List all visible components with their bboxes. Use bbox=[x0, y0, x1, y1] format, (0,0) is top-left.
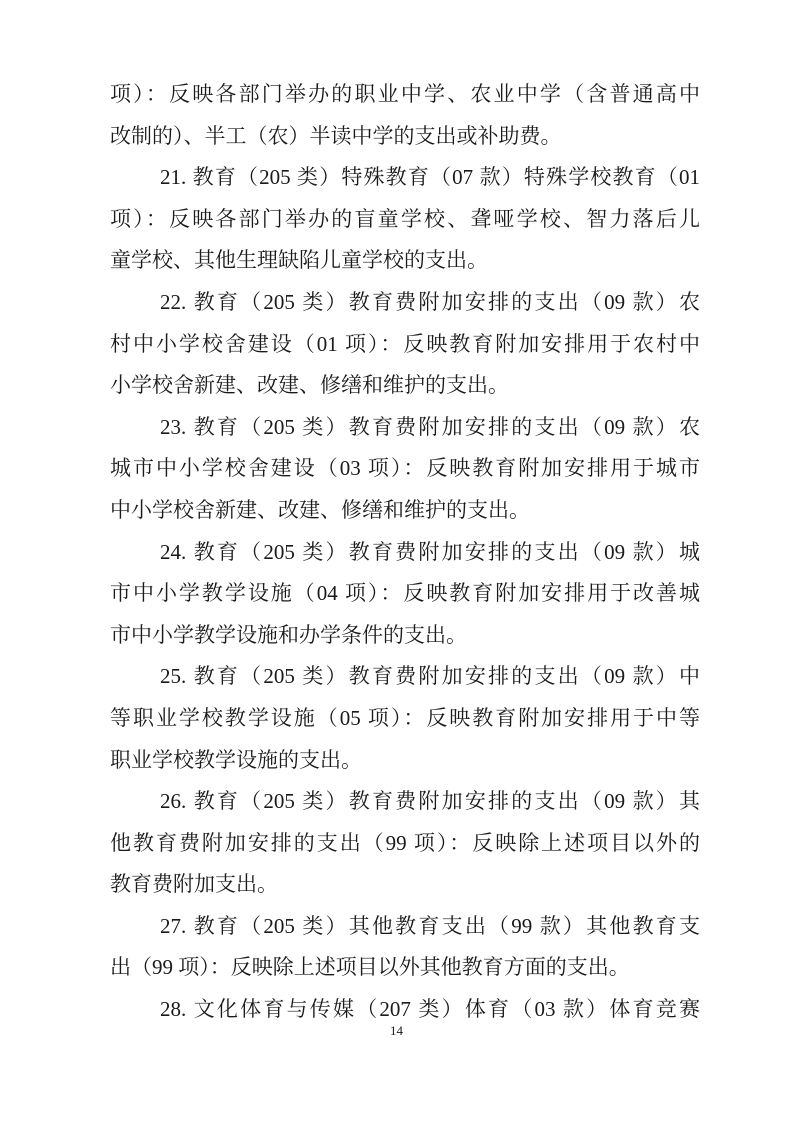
text-line: 中小学校舍新建、改建、修缮和维护的支出。 bbox=[110, 490, 700, 532]
text-line: 小学校舍新建、改建、修缮和维护的支出。 bbox=[110, 365, 700, 407]
text-line: 项）：反映各部门举办的盲童学校、聋哑学校、智力落后儿 bbox=[110, 199, 700, 241]
text-line: 市中小学教学设施（04 项）：反映教育附加安排用于改善城 bbox=[110, 573, 700, 615]
text-line: 26. 教育（205 类）教育费附加安排的支出（09 款）其 bbox=[110, 781, 700, 823]
text-line: 改制的）、半工（农）半读中学的支出或补助费。 bbox=[110, 116, 700, 158]
text-line: 职业学校教学设施的支出。 bbox=[110, 740, 700, 782]
text-line: 村中小学校舍建设（01 项）：反映教育附加安排用于农村中 bbox=[110, 324, 700, 366]
page-number: 14 bbox=[0, 1023, 793, 1039]
text-line: 等职业学校教学设施（05 项）：反映教育附加安排用于中等 bbox=[110, 698, 700, 740]
page-body: 项）：反映各部门举办的职业中学、农业中学（含普通高中改制的）、半工（农）半读中学… bbox=[110, 74, 700, 1031]
text-line: 22. 教育（205 类）教育费附加安排的支出（09 款）农 bbox=[110, 282, 700, 324]
text-line: 21. 教育（205 类）特殊教育（07 款）特殊学校教育（01 bbox=[110, 157, 700, 199]
text-line: 24. 教育（205 类）教育费附加安排的支出（09 款）城 bbox=[110, 532, 700, 574]
text-line: 项）：反映各部门举办的职业中学、农业中学（含普通高中 bbox=[110, 74, 700, 116]
text-line: 出（99 项）：反映除上述项目以外其他教育方面的支出。 bbox=[110, 947, 700, 989]
text-line: 城市中小学校舍建设（03 项）：反映教育附加安排用于城市 bbox=[110, 448, 700, 490]
text-line: 童学校、其他生理缺陷儿童学校的支出。 bbox=[110, 240, 700, 282]
text-line: 他教育费附加安排的支出（99 项）：反映除上述项目以外的 bbox=[110, 823, 700, 865]
text-line: 教育费附加支出。 bbox=[110, 864, 700, 906]
document-page: 项）：反映各部门举办的职业中学、农业中学（含普通高中改制的）、半工（农）半读中学… bbox=[0, 0, 793, 1122]
text-line: 25. 教育（205 类）教育费附加安排的支出（09 款）中 bbox=[110, 656, 700, 698]
text-line: 27. 教育（205 类）其他教育支出（99 款）其他教育支 bbox=[110, 906, 700, 948]
text-line: 23. 教育（205 类）教育费附加安排的支出（09 款）农 bbox=[110, 407, 700, 449]
text-line: 市中小学教学设施和办学条件的支出。 bbox=[110, 615, 700, 657]
